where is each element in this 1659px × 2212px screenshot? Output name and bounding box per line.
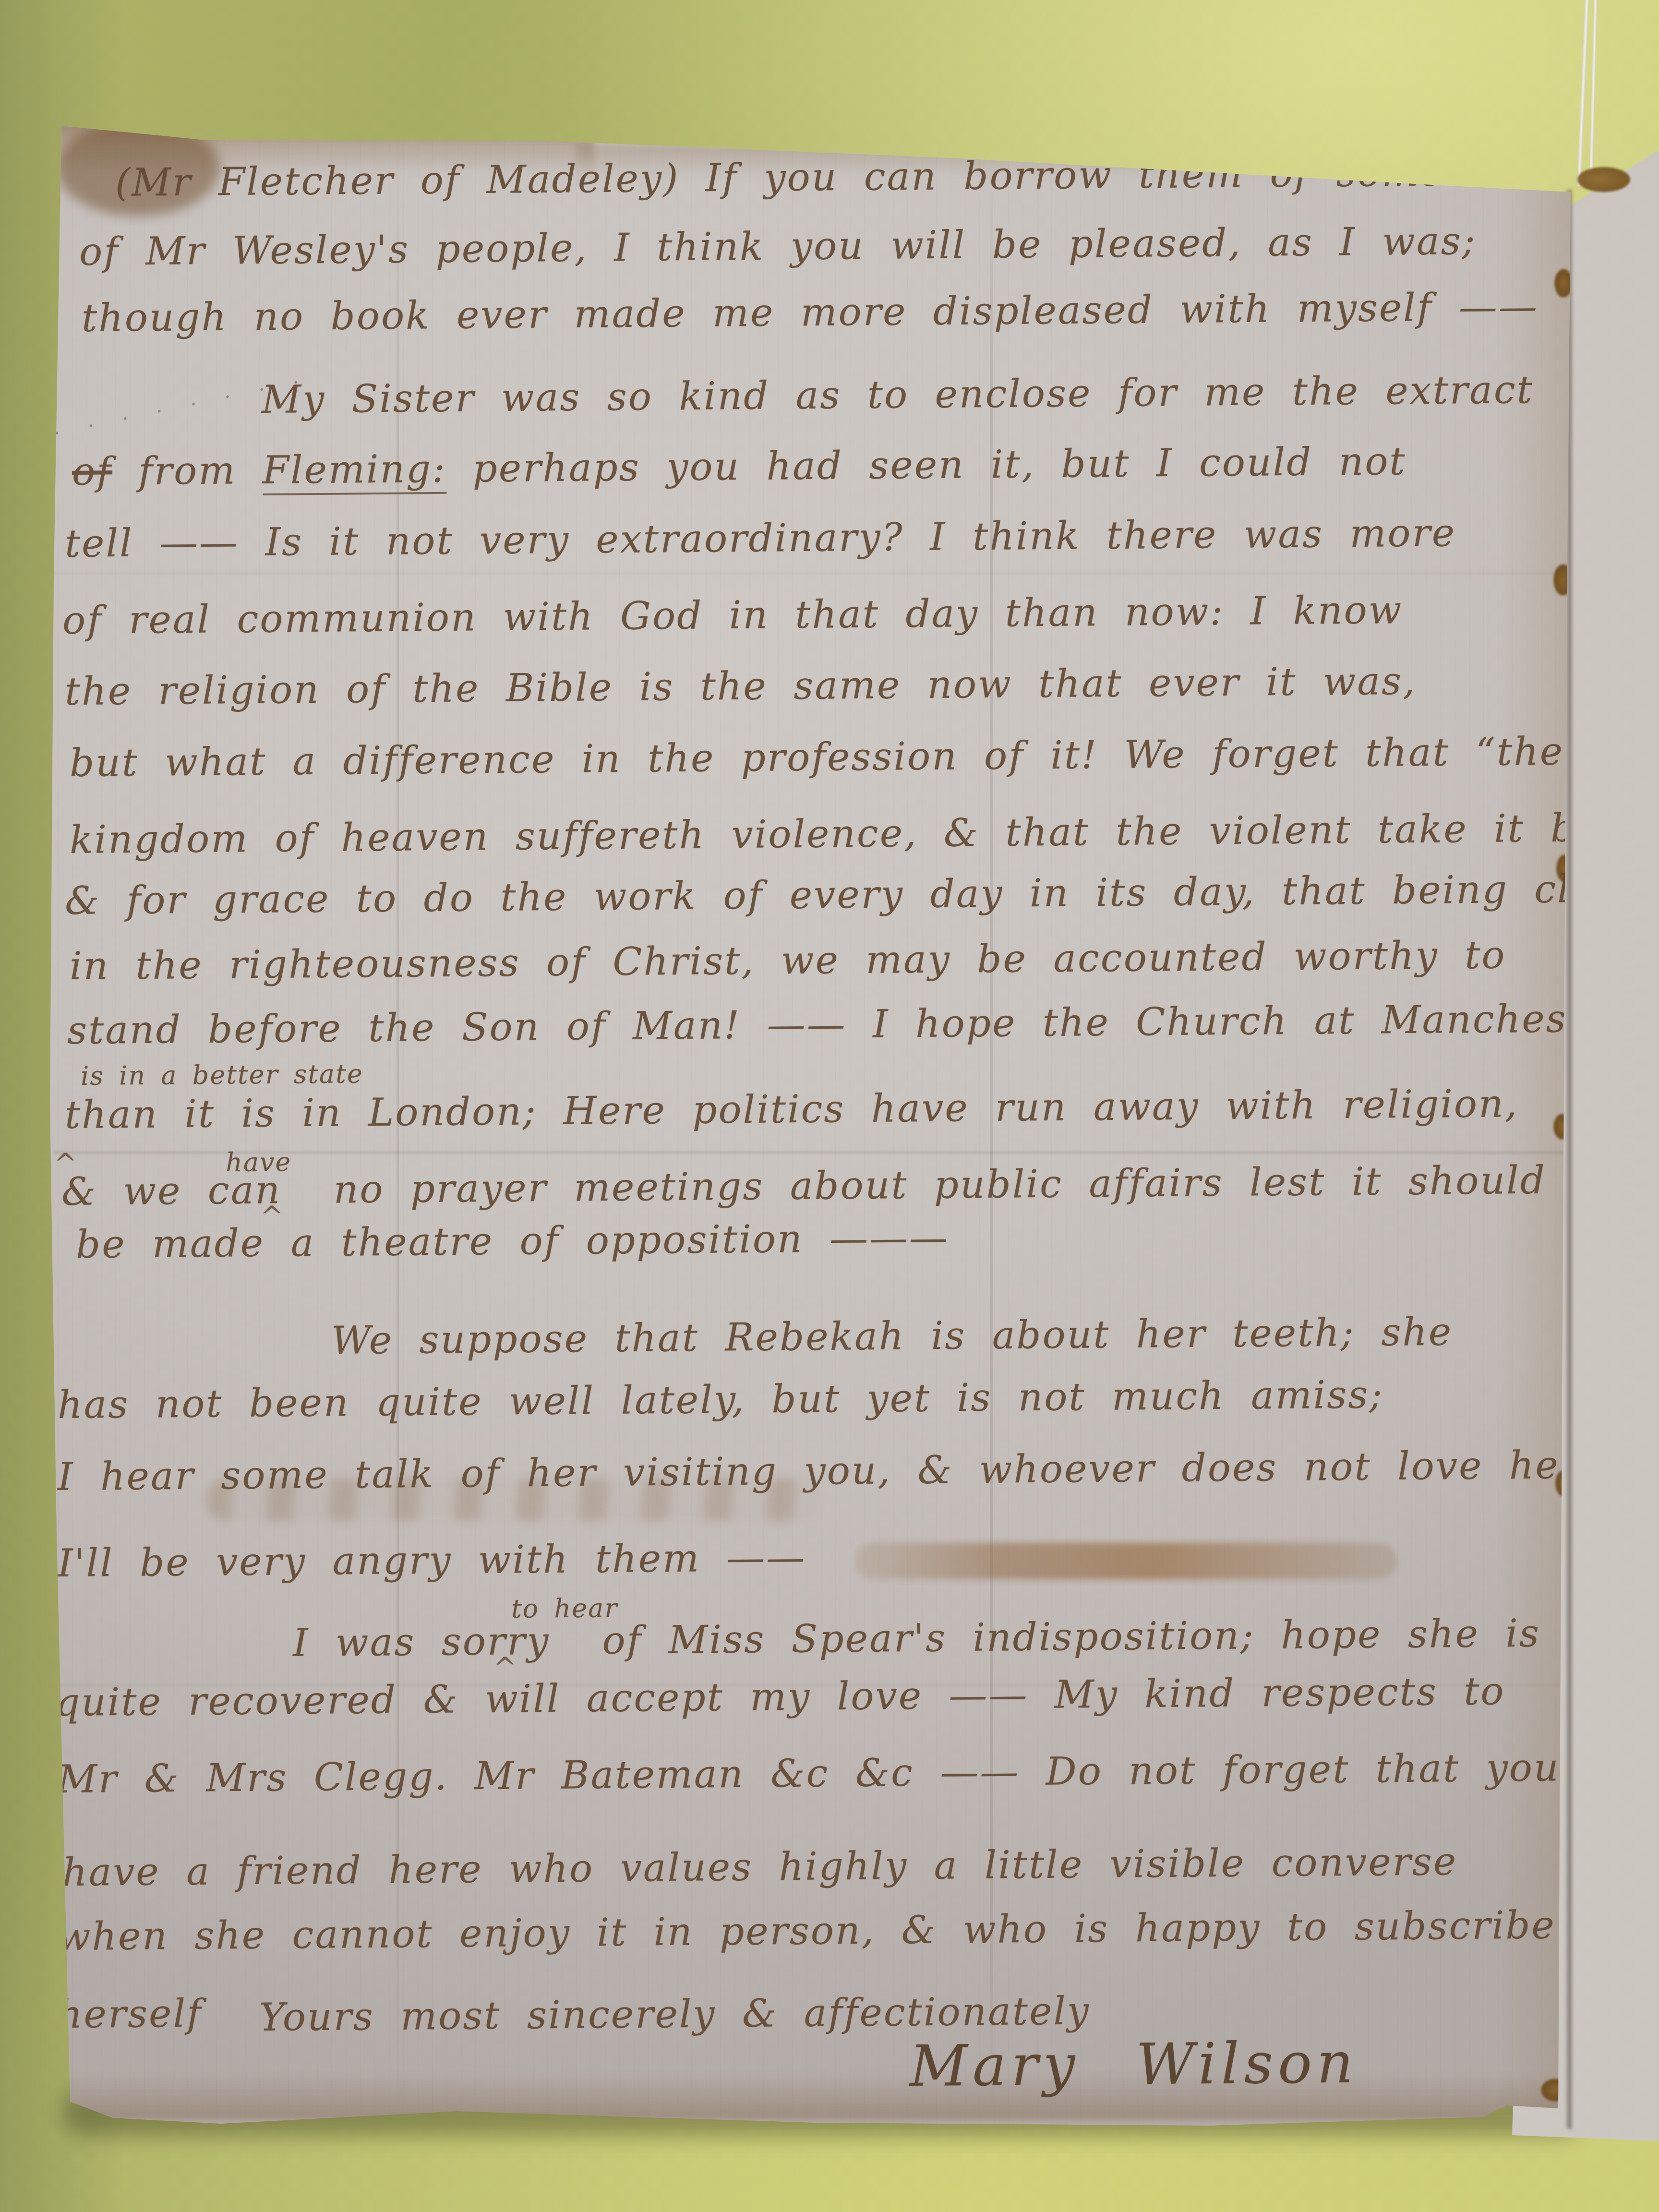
letter-line: My Sister was so kind as to enclose for … [262, 368, 1534, 421]
horizontal-fold-crease [54, 572, 1566, 575]
letter-page: · · · · · · · · (Mr Fletcher of Madeley)… [0, 0, 1659, 2212]
interline-insertion: is in a better state [81, 1059, 363, 1091]
letter-line: I'll be very angry with them —— [58, 1536, 806, 1585]
letter-closing-herself: herself [58, 1992, 203, 2036]
line-text: perhaps you had seen it, but I could not [446, 439, 1407, 491]
letter-line: We suppose that Rebekah is about her tee… [331, 1310, 1453, 1362]
letter-line: be made a theatre of opposition ——— [76, 1216, 950, 1266]
signature: Mary Wilson [909, 2031, 1358, 2098]
ink-offset-smudge [854, 1543, 1397, 1579]
letter-line: I was sorry of Miss Spear's indispositio… [293, 1612, 1541, 1665]
struck-word: of [72, 449, 113, 494]
vertical-fold-crease [990, 144, 993, 2117]
line-text: from [112, 448, 262, 493]
letter-closing: Yours most sincerely & affectionately [259, 1989, 1091, 2039]
underlined-word: Fleming: [262, 446, 446, 495]
binding-wax-spot [1577, 167, 1630, 192]
